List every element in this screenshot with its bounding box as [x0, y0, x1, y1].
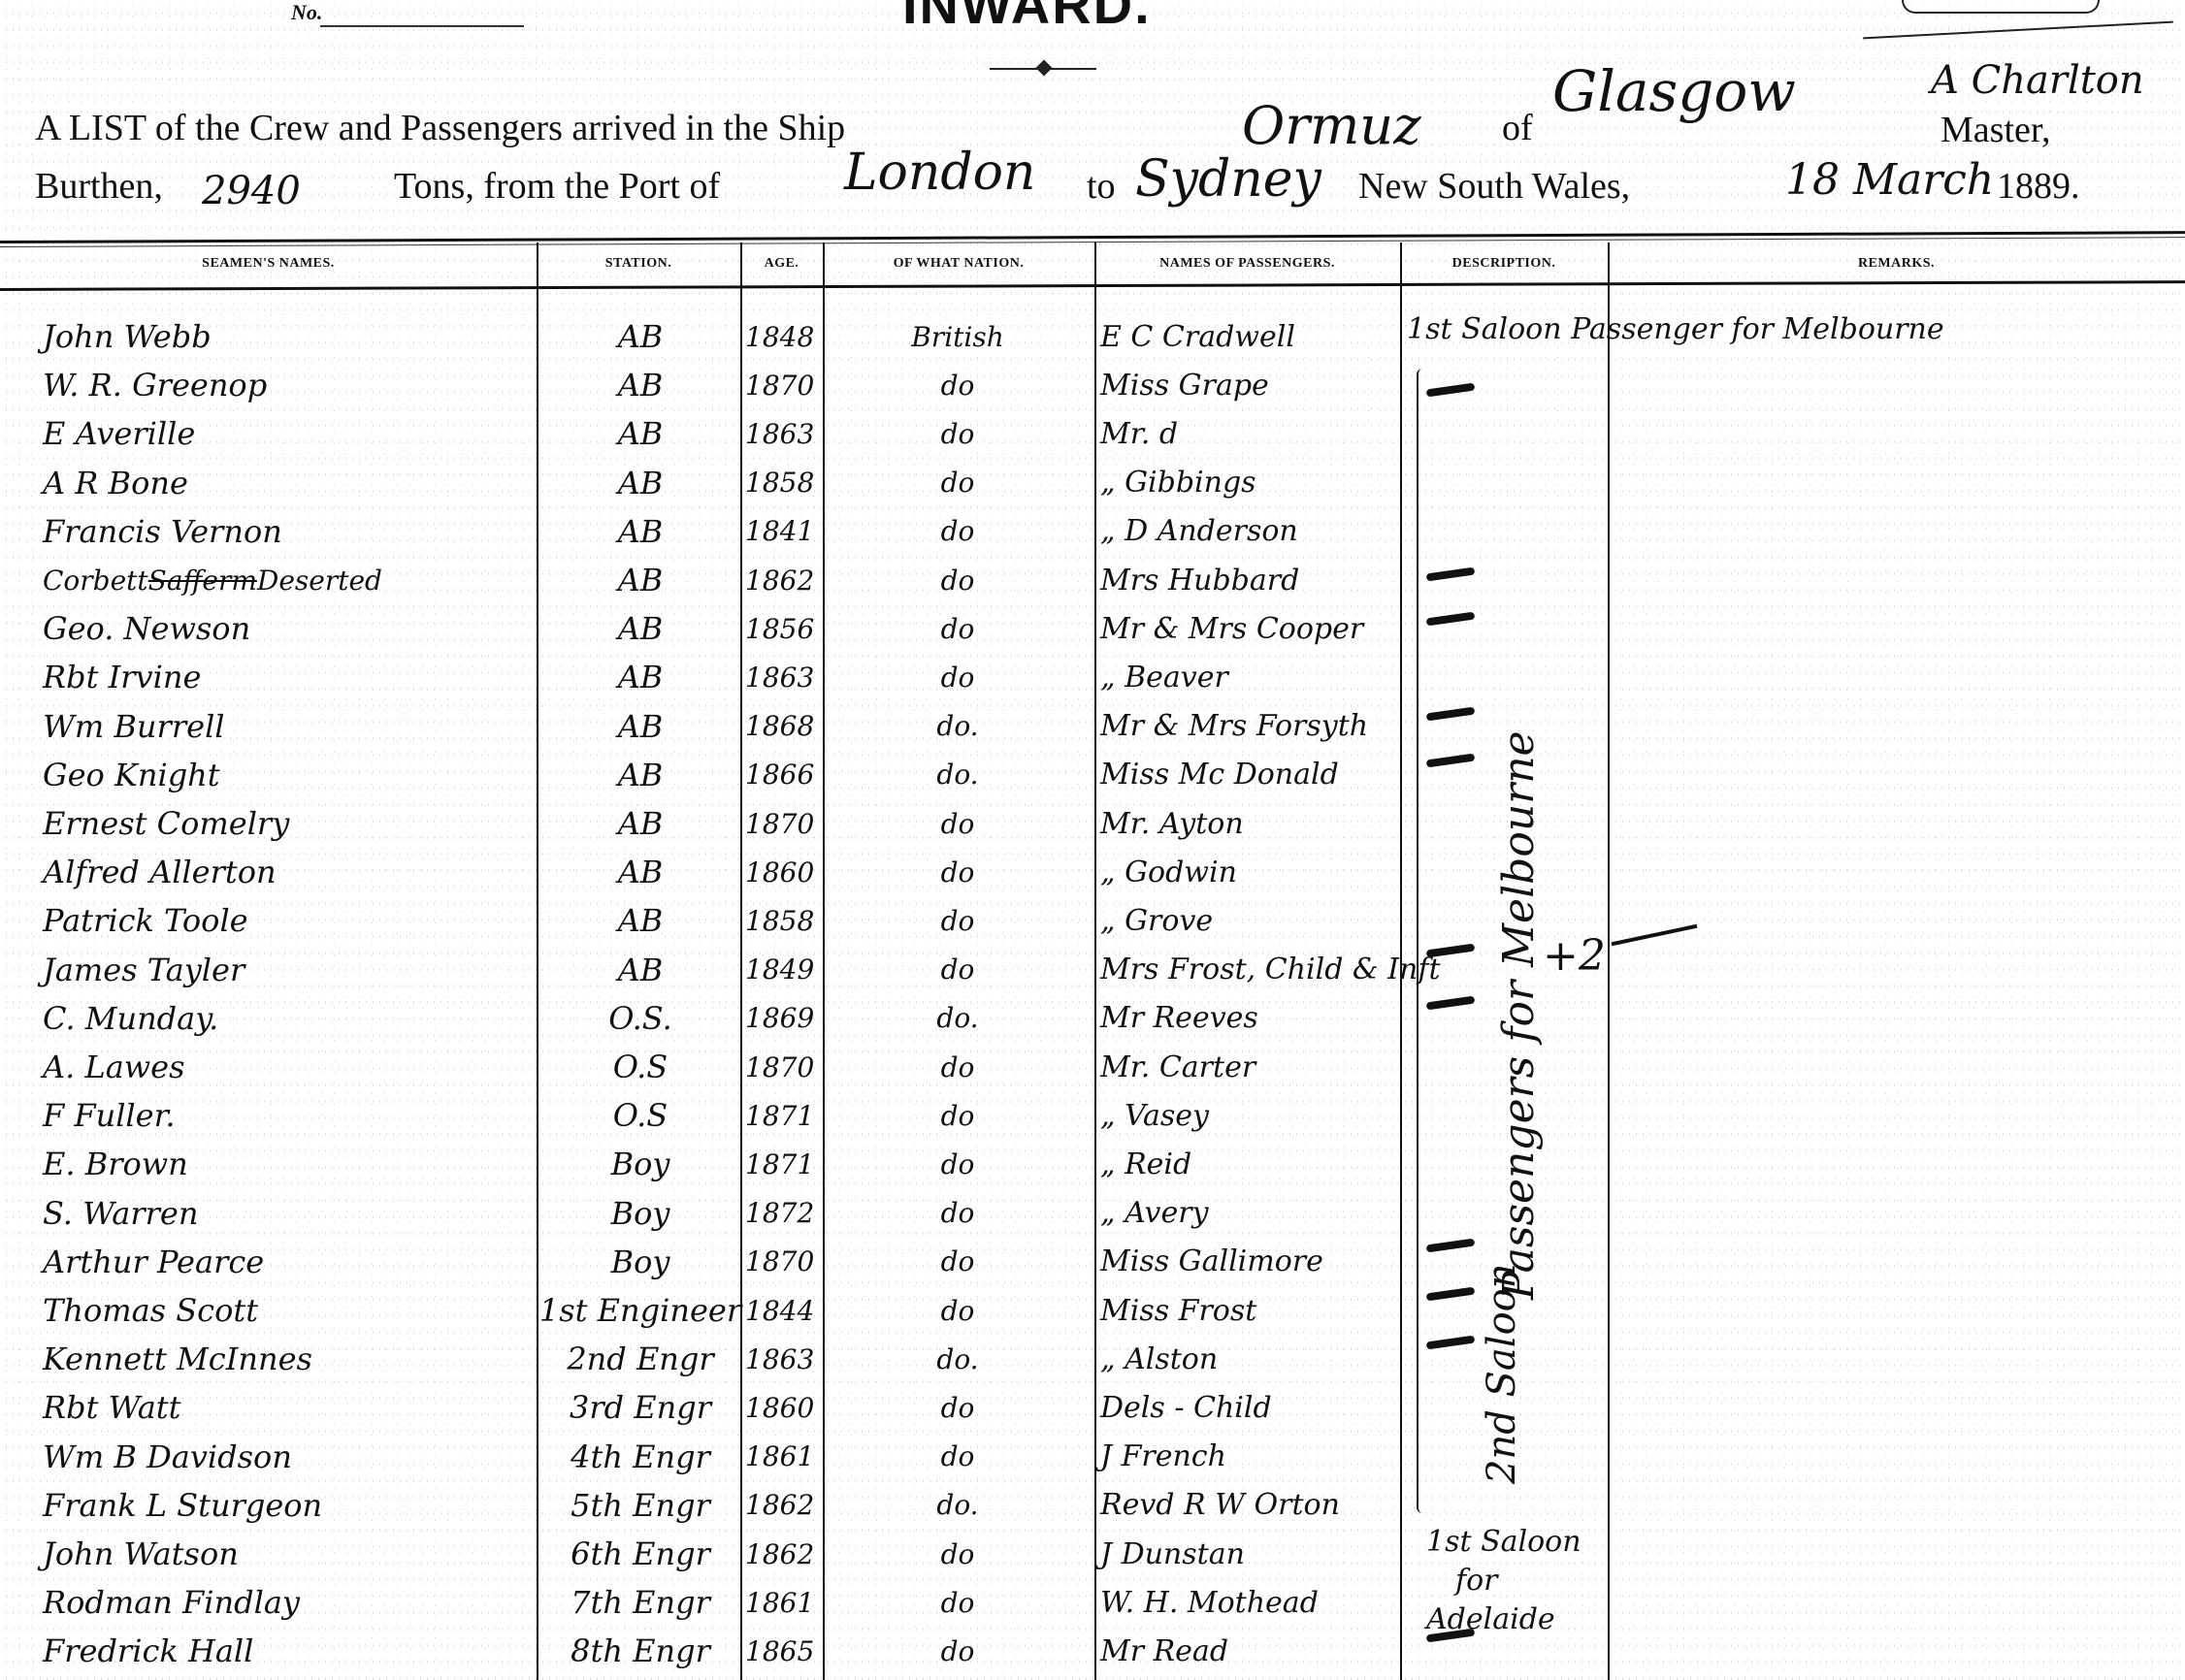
birth-year: 1869	[745, 994, 823, 1043]
nation: do	[827, 507, 1089, 556]
intro-text-2: of	[1502, 107, 1533, 149]
seaman-name: F Fuller.	[43, 1091, 176, 1140]
birth-year: 1862	[745, 1530, 823, 1578]
birth-year: 1870	[745, 799, 823, 848]
station: AB	[543, 361, 737, 409]
passenger-name: Mr Read	[1100, 1627, 1228, 1675]
passenger-name: Revd R W Orton	[1100, 1481, 1340, 1530]
seaman-name: Thomas Scott	[43, 1286, 258, 1335]
station: 4th Engr	[543, 1433, 737, 1481]
intro-text-5: Tons, from the Port of	[394, 165, 720, 208]
passenger-name: Mr. Ayton	[1100, 799, 1244, 848]
description-adelaide-block: 1st Saloon for Adelaide	[1426, 1523, 1582, 1639]
intro-text-3: Master,	[1940, 109, 2051, 151]
table-row: Geo KnightAB1866do.Miss Mc Donald	[0, 751, 2185, 799]
seaman-name: Geo Knight	[43, 751, 220, 799]
seaman-name: E Averille	[43, 409, 195, 458]
table-row: Rbt IrvineAB1863do„ Beaver	[0, 653, 2185, 701]
header-station: Station.	[537, 248, 740, 279]
nation: do	[827, 1043, 1089, 1091]
passenger-name: Mr Reeves	[1100, 994, 1258, 1043]
arrival-date: 18 March	[1785, 155, 1994, 205]
seaman-name: John Watson	[43, 1530, 239, 1578]
passenger-name: Mr & Mrs Cooper	[1100, 604, 1363, 653]
nation: do	[827, 1091, 1089, 1140]
table-row: A R BoneAB1858do„ Gibbings	[0, 459, 2185, 507]
table-row: James TaylerAB1849doMrs Frost, Child & I…	[0, 946, 2185, 994]
birth-year: 1848	[745, 312, 823, 361]
passenger-name: „ Reid	[1100, 1140, 1191, 1188]
nation: do	[827, 653, 1089, 701]
station: AB	[543, 799, 737, 848]
birth-year: 1841	[745, 507, 823, 556]
seaman-name: Francis Vernon	[43, 507, 282, 556]
table-row: Wm BurrellAB1868do.Mr & Mrs Forsyth	[0, 702, 2185, 751]
seaman-name: Patrick Toole	[43, 896, 248, 945]
description-vertical-melbourne: Passengers for Melbourne	[1494, 730, 1544, 1300]
seaman-name: Fredrick Hall	[43, 1627, 253, 1675]
passenger-name: Miss Frost	[1100, 1286, 1256, 1335]
seaman-name: Alfred Allerton	[43, 848, 277, 896]
form-number-line	[320, 25, 524, 27]
passenger-name: Miss Mc Donald	[1100, 751, 1339, 799]
station: 5th Engr	[543, 1481, 737, 1530]
nation: do	[827, 409, 1089, 458]
nation: British	[827, 312, 1089, 361]
nation: do	[827, 556, 1089, 604]
table-row: Rodman Findlay7th Engr1861doW. H. Mothea…	[0, 1578, 2185, 1627]
table-row: Alfred AllertonAB1860do„ Godwin	[0, 848, 2185, 896]
nation: do	[827, 1433, 1089, 1481]
intro-text-1: A LIST of the Crew and Passengers arrive…	[35, 107, 845, 149]
table-row: Frank L Sturgeon5th Engr1862do.Revd R W …	[0, 1481, 2185, 1530]
table-row: John Watson6th Engr1862doJ Dunstan	[0, 1530, 2185, 1578]
nation: do	[827, 459, 1089, 507]
table-row: A. LawesO.S1870doMr. Carter	[0, 1043, 2185, 1091]
table-row: E. BrownBoy1871do„ Reid	[0, 1140, 2185, 1188]
table-row: Kennett McInnes2nd Engr1863do.„ Alston	[0, 1335, 2185, 1383]
station: AB	[543, 459, 737, 507]
table-header-rule	[0, 280, 2185, 291]
table-row: Patrick TooleAB1858do„ Grove	[0, 896, 2185, 945]
intro-text-6: to	[1087, 165, 1116, 208]
description-brace	[1417, 369, 1428, 1513]
station: AB	[543, 896, 737, 945]
nation: do	[827, 1530, 1089, 1578]
burthen-tons: 2940	[202, 169, 301, 213]
seaman-name: E. Brown	[43, 1140, 188, 1188]
seaman-name: Kennett McInnes	[43, 1335, 312, 1383]
nation: do	[827, 1286, 1089, 1335]
struck-surname: Safferm	[148, 565, 257, 597]
seaman-name: Rodman Findlay	[43, 1578, 300, 1627]
station: 3rd Engr	[543, 1383, 737, 1432]
seaman-name: Wm Burrell	[43, 702, 225, 751]
passenger-name: Mr. Carter	[1100, 1043, 1256, 1091]
passenger-name: J French	[1100, 1433, 1226, 1481]
page-title: INWARD.	[902, 0, 1152, 36]
birth-year: 1863	[745, 1335, 823, 1383]
ornament-diamond	[1036, 60, 1053, 77]
to-port: Sydney	[1135, 150, 1321, 209]
station: AB	[543, 312, 737, 361]
passenger-name: „ Gibbings	[1100, 459, 1256, 507]
birth-year: 1863	[745, 653, 823, 701]
table-row: E AverilleAB1863doMr. d	[0, 409, 2185, 458]
header-remarks: Remarks.	[1608, 248, 2185, 279]
passenger-name: „ D Anderson	[1100, 507, 1298, 556]
description-vertical-second-saloon: 2nd Saloon	[1480, 1264, 1524, 1485]
nation: do	[827, 1140, 1089, 1188]
seaman-name: A. Lawes	[43, 1043, 185, 1091]
station: AB	[543, 409, 737, 458]
from-port: London	[844, 144, 1035, 202]
seaman-name: Arthur Pearce	[43, 1238, 264, 1286]
station: O.S	[543, 1043, 737, 1091]
station: 7th Engr	[543, 1578, 737, 1627]
table-row: Ernest ComelryAB1870doMr. Ayton	[0, 799, 2185, 848]
port-of-registry: Glasgow	[1552, 58, 1796, 124]
nation: do.	[827, 994, 1089, 1043]
birth-year: 1870	[745, 361, 823, 409]
seaman-name: Rbt Irvine	[43, 653, 201, 701]
ship-name: Ormuz	[1242, 95, 1421, 156]
birth-year: 1856	[745, 604, 823, 653]
birth-year: 1849	[745, 946, 823, 994]
intro-text-7: New South Wales,	[1358, 165, 1630, 208]
seaman-name: Corbett Safferm Deserted	[43, 556, 382, 604]
station: Boy	[543, 1238, 737, 1286]
birth-year: 1860	[745, 1383, 823, 1432]
nation: do	[827, 1238, 1089, 1286]
station: 1st Engineer	[543, 1286, 737, 1335]
passenger-name: Mrs Frost, Child & Inft	[1100, 946, 1441, 994]
passenger-name: E C Cradwell	[1100, 312, 1295, 361]
table-row: Thomas Scott1st Engineer1844doMiss Frost	[0, 1286, 2185, 1335]
nation: do	[827, 1627, 1089, 1675]
seaman-name: A R Bone	[43, 459, 188, 507]
intro-text-4: Burthen,	[35, 165, 163, 208]
table-row: Arthur PearceBoy1870doMiss Gallimore	[0, 1238, 2185, 1286]
station: AB	[543, 556, 737, 604]
seaman-name: C. Munday.	[43, 994, 218, 1043]
passenger-name: „ Vasey	[1100, 1091, 1209, 1140]
table-row: Corbett Safferm DesertedAB1862doMrs Hubb…	[0, 556, 2185, 604]
seaman-name: James Tayler	[43, 946, 245, 994]
form-number-label: No.	[291, 0, 322, 25]
signature-line	[1863, 21, 2173, 40]
birth-year: 1861	[745, 1578, 823, 1627]
passenger-name: Mr. d	[1100, 409, 1178, 458]
birth-year: 1858	[745, 459, 823, 507]
nation: do	[827, 1578, 1089, 1627]
station: AB	[543, 702, 737, 751]
nation: do	[827, 946, 1089, 994]
seaman-name: Frank L Sturgeon	[43, 1481, 322, 1530]
passenger-name: Miss Gallimore	[1100, 1238, 1323, 1286]
birth-year: 1871	[745, 1091, 823, 1140]
station: Boy	[543, 1189, 737, 1238]
nation: do	[827, 799, 1089, 848]
nation: do	[827, 896, 1089, 945]
nation: do	[827, 1189, 1089, 1238]
seaman-name: Geo. Newson	[43, 604, 250, 653]
header-age: Age.	[740, 248, 823, 279]
passenger-name: W. H. Mothead	[1100, 1578, 1319, 1627]
seaman-name: W. R. Greenop	[43, 361, 267, 409]
nation: do.	[827, 751, 1089, 799]
master-name: A Charlton	[1931, 58, 2144, 103]
station: Boy	[543, 1140, 737, 1188]
table-row: Francis VernonAB1841do„ D Anderson	[0, 507, 2185, 556]
table-row: C. Munday.O.S.1869do.Mr Reeves	[0, 994, 2185, 1043]
birth-year: 1858	[745, 896, 823, 945]
adelaide-line-3: Adelaide	[1426, 1600, 1582, 1639]
passenger-name: „ Godwin	[1100, 848, 1237, 896]
signature-flourish	[1902, 0, 2100, 14]
description-row-1: 1st Saloon Passenger for Melbourne	[1407, 312, 1944, 346]
passenger-name: „ Avery	[1100, 1189, 1209, 1238]
table-row: S. WarrenBoy1872do„ Avery	[0, 1189, 2185, 1238]
birth-year: 1870	[745, 1238, 823, 1286]
station: AB	[543, 653, 737, 701]
birth-year: 1871	[745, 1140, 823, 1188]
nation: do	[827, 361, 1089, 409]
birth-year: 1866	[745, 751, 823, 799]
header-passengers: Names of Passengers.	[1094, 248, 1400, 279]
passenger-name: „ Grove	[1100, 896, 1213, 945]
birth-year: 1870	[745, 1043, 823, 1091]
table-row: Wm B Davidson4th Engr1861doJ French	[0, 1433, 2185, 1481]
station: 2nd Engr	[543, 1335, 737, 1383]
birth-year: 1844	[745, 1286, 823, 1335]
seaman-name: Wm B Davidson	[43, 1433, 292, 1481]
station: AB	[543, 507, 737, 556]
table-row: F Fuller.O.S1871do„ Vasey	[0, 1091, 2185, 1140]
passenger-name: „ Alston	[1100, 1335, 1218, 1383]
nation: do.	[827, 1481, 1089, 1530]
station: 6th Engr	[543, 1530, 737, 1578]
passenger-name: J Dunstan	[1100, 1530, 1245, 1578]
nation: do.	[827, 702, 1089, 751]
station: AB	[543, 946, 737, 994]
birth-year: 1872	[745, 1189, 823, 1238]
seaman-name: Ernest Comelry	[43, 799, 289, 848]
birth-year: 1861	[745, 1433, 823, 1481]
header-description: Description.	[1400, 248, 1608, 279]
table-row: Geo. NewsonAB1856doMr & Mrs Cooper	[0, 604, 2185, 653]
station: AB	[543, 848, 737, 896]
station: AB	[543, 604, 737, 653]
passenger-name: Miss Grape	[1100, 361, 1269, 409]
station: 8th Engr	[543, 1627, 737, 1675]
table-row: Rbt Watt3rd Engr1860doDels - Child	[0, 1383, 2185, 1432]
station: O.S	[543, 1091, 737, 1140]
seaman-name: Rbt Watt	[43, 1383, 181, 1432]
adelaide-line-1: 1st Saloon	[1426, 1523, 1582, 1562]
intro-text-8: 1889.	[1997, 165, 2080, 208]
passenger-name: Dels - Child	[1100, 1383, 1272, 1432]
passenger-name: Mr & Mrs Forsyth	[1100, 702, 1368, 751]
birth-year: 1865	[745, 1627, 823, 1675]
header-nation: Of What Nation.	[823, 248, 1094, 279]
nation: do	[827, 848, 1089, 896]
adelaide-line-2: for	[1426, 1562, 1582, 1600]
birth-year: 1868	[745, 702, 823, 751]
station: AB	[543, 751, 737, 799]
header-seamen-names: Seamen's Names.	[0, 248, 537, 279]
birth-year: 1860	[745, 848, 823, 896]
birth-year: 1863	[745, 409, 823, 458]
nation: do	[827, 1383, 1089, 1432]
passenger-name: Mrs Hubbard	[1100, 556, 1299, 604]
birth-year: 1862	[745, 1481, 823, 1530]
seaman-name: S. Warren	[43, 1189, 198, 1238]
station: O.S.	[543, 994, 737, 1043]
table-row: W. R. GreenopAB1870doMiss Grape	[0, 361, 2185, 409]
description-plus-count: +2	[1543, 931, 1606, 981]
seaman-name: John Webb	[43, 312, 212, 361]
nation: do	[827, 604, 1089, 653]
nation: do.	[827, 1335, 1089, 1383]
passenger-name: „ Beaver	[1100, 653, 1228, 701]
birth-year: 1862	[745, 556, 823, 604]
table-row: Fredrick Hall8th Engr1865doMr Read	[0, 1627, 2185, 1675]
